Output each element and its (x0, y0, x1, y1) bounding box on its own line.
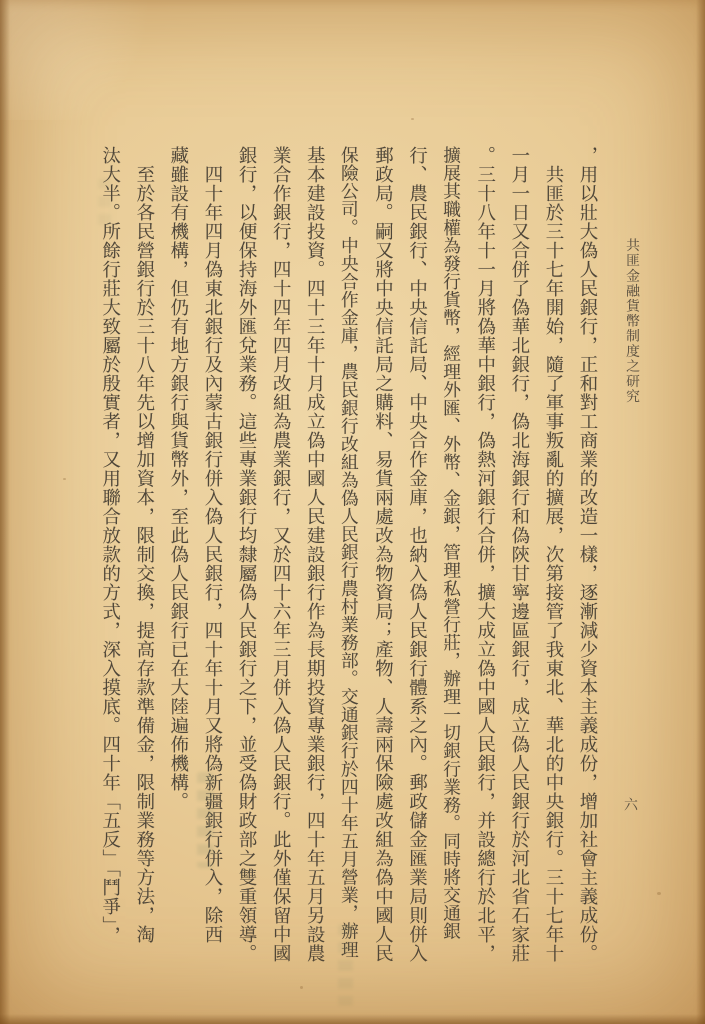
text-column-15: 汰大半。所餘行莊大致屬於殷實者，又用聯合放款的方式，深入摸底。四十年「五反」「鬥… (94, 146, 128, 968)
page-number: 六 (619, 797, 639, 812)
paper-speck (657, 892, 661, 895)
scan-edge-shadow (696, 0, 705, 1024)
text-column-3: 一月一日又合併了偽華北銀行，偽北海銀行和偽陝甘寧邊區銀行，成立偽人民銀行於河北省… (503, 146, 537, 968)
text-column-13: 藏雖設有機構，但仍有地方銀行與貨幣外，至此偽人民銀行已在大陸遍佈機構。 (162, 146, 196, 968)
text-column-5: 擴展其職權為發行貨幣，經理外匯、外幣、金銀，管理私營行莊，辦理一切銀行業務。同時… (435, 146, 469, 968)
scanned-book-page: 共匪金融貨幣制度之研究 六 ，用以壯大偽人民銀行，正和對工商業的改造一樣，逐漸減… (0, 0, 705, 1024)
text-column-10: 業合作銀行，四十四年四月改組為農業銀行，又於四十六年三月併入偽人民銀行。此外僅保… (264, 146, 298, 968)
text-column-1: ，用以壯大偽人民銀行，正和對工商業的改造一樣，逐漸減少資本主義成份，增加社會主義… (571, 146, 605, 968)
text-column-14: 至於各民營銀行於三十八年先以增加資本，限制交換，提高存款準備金，限制業務等方法，… (128, 146, 162, 968)
text-column-12: 四十年四月偽東北銀行及內蒙古銀行併入偽人民銀行，四十年十月又將偽新疆銀行併入，除… (196, 146, 230, 968)
text-column-6: 行、農民銀行、中央信託局、中央合作金庫，也納入偽人民銀行體系之內。郵政儲金匯業局… (400, 146, 434, 968)
text-column-8: 保險公司。中央合作金庫，農民銀行改組為偽人民銀行農村業務部。交通銀行於四十年五月… (332, 146, 366, 968)
scan-edge-shadow (0, 0, 10, 1024)
paper-speck (300, 986, 303, 989)
page-curl-highlight (0, 0, 170, 120)
text-column-7: 郵政局。嗣又將中央信託局之購料、易貨兩處改為物資局；產物、人壽兩保險處改組為偽中… (366, 146, 400, 968)
paper-speck (63, 478, 66, 480)
text-column-4: 。三十八年十一月將偽華中銀行，偽熱河銀行合併，擴大成立偽中國人民銀行，并設總行於… (469, 146, 503, 968)
paper-speck (411, 118, 414, 120)
text-column-11: 銀行，以便保持海外匯兌業務。這些專業銀行均隸屬偽人民銀行之下，並受偽財政部之雙重… (230, 146, 264, 968)
text-column-2: 共匪於三十七年開始，隨了軍事叛亂的擴展，次第接管了我東北、華北的中央銀行。三十七… (537, 146, 571, 968)
text-column-9: 基本建設投資。四十三年十月成立偽中國人民建設銀行作為長期投資專業銀行，四十年五月… (298, 146, 332, 968)
text-block: ，用以壯大偽人民銀行，正和對工商業的改造一樣，逐漸減少資本主義成份，增加社會主義… (93, 146, 605, 968)
running-title: 共匪金融貨幣制度之研究 (621, 238, 641, 418)
scan-edge-shadow (0, 1014, 705, 1024)
